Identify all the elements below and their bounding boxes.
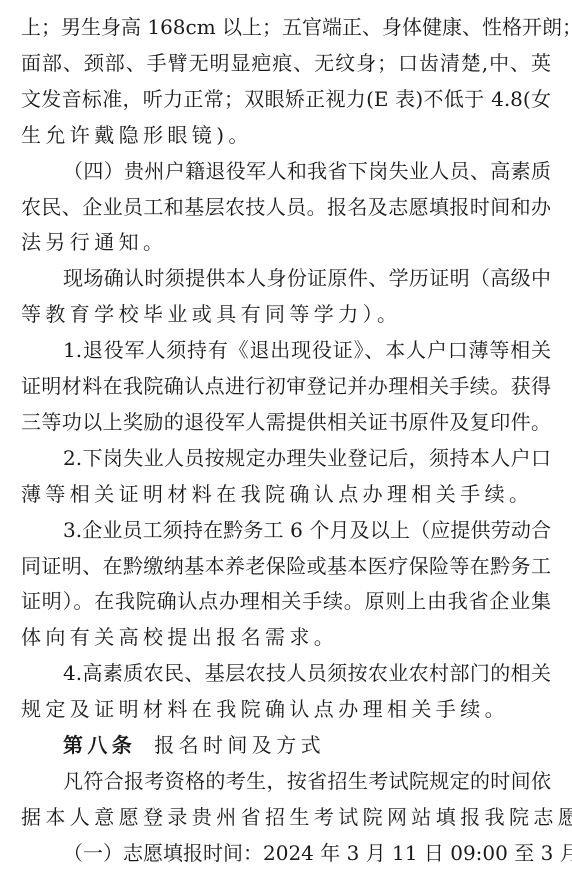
text-line: 规定及证明材料在我院确认点办理相关手续。: [21, 696, 551, 722]
document-page: 上；男生身高 168cm 以上；五官端正、身体健康、性格开朗；面部、颈部、手臂无…: [0, 0, 572, 871]
text-line: 上；男生身高 168cm 以上；五官端正、身体健康、性格开朗；: [21, 14, 551, 40]
text-line: 现场确认时须提供本人身份证原件、学历证明（高级中: [63, 265, 551, 291]
text-line: 据本人意愿登录贵州省招生考试院网站填报我院志愿。: [21, 804, 551, 830]
text-line: 体向有关高校提出报名需求。: [21, 624, 551, 650]
text-line: 证明材料在我院确认点进行初审登记并办理相关手续。获得: [21, 373, 551, 399]
text-line: 证明）。在我院确认点办理相关手续。原则上由我省企业集: [21, 588, 551, 614]
text-line: （四）贵州户籍退役军人和我省下岗失业人员、高素质: [63, 158, 551, 184]
text-line: 3.企业员工须持在黔务工 6 个月及以上（应提供劳动合: [63, 517, 551, 543]
text-line: 1.退役军人须持有《退出现役证》、本人户口薄等相关: [63, 337, 551, 363]
article-title: 报名时间及方式: [154, 733, 325, 757]
text-line: （一）志愿填报时间：2024 年 3 月 11 日 09:00 至 3 月: [63, 840, 551, 866]
text-line: 三等功以上奖励的退役军人需提供相关证书原件及复印件。: [21, 409, 551, 435]
text-line: 面部、颈部、手臂无明显疤痕、无纹身；口齿清楚,中、英: [21, 50, 551, 76]
article-heading: 第八条报名时间及方式: [63, 732, 551, 758]
text-line: 文发音标准，听力正常；双眼矫正视力(E 表)不低于 4.8(女: [21, 86, 551, 112]
article-number: 第八条: [63, 733, 136, 757]
text-line: 法另行通知。: [21, 229, 551, 255]
text-line: 等教育学校毕业或具有同等学力）。: [21, 301, 551, 327]
text-line: 薄等相关证明材料在我院确认点办理相关手续。: [21, 481, 551, 507]
text-line: 同证明、在黔缴纳基本养老保险或基本医疗保险等在黔务工: [21, 553, 551, 579]
text-line: 生允许戴隐形眼镜)。: [21, 122, 551, 148]
text-line: 2.下岗失业人员按规定办理失业登记后，须持本人户口: [63, 445, 551, 471]
text-line: 4.高素质农民、基层农技人员须按农业农村部门的相关: [63, 660, 551, 686]
text-line: 农民、企业员工和基层农技人员。报名及志愿填报时间和办: [21, 194, 551, 220]
text-line: 凡符合报考资格的考生，按省招生考试院规定的时间依: [63, 768, 551, 794]
